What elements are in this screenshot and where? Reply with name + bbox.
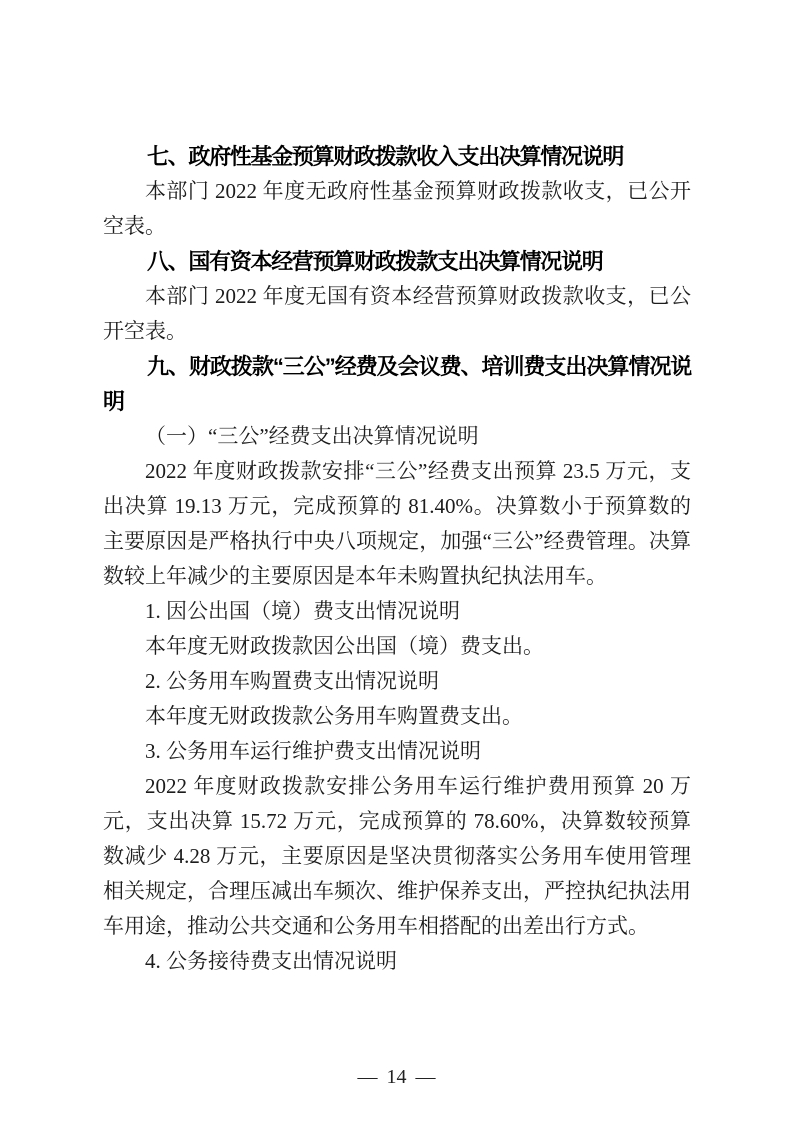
subheading-three-public-expense-summary: （一）“三公”经费支出决算情况说明 [103,419,691,454]
subheading-1-overseas-travel-fee: 1. 因公出国（境）费支出情况说明 [103,594,691,629]
subheading-4-official-reception-fee: 4. 公务接待费支出情况说明 [103,944,691,979]
footer-left-dash: — [358,1066,378,1088]
heading-section-seven-gov-fund-budget: 七、政府性基金预算财政拨款收入支出决算情况说明 [103,139,691,174]
heading-section-eight-state-capital-budget: 八、国有资本经营预算财政拨款支出决算情况说明 [103,244,691,279]
para-gov-fund-budget-statement: 本部门 2022 年度无政府性基金预算财政拨款收支，已公开空表。 [103,174,691,244]
para-vehicle-maintenance-fee: 2022 年度财政拨款安排公务用车运行维护费用预算 20 万元，支出决算 15.… [103,769,691,944]
page-footer: —14— [0,1063,793,1091]
subheading-3-vehicle-maintenance-fee: 3. 公务用车运行维护费支出情况说明 [103,734,691,769]
heading-section-nine-three-public-expenses: 九、财政拨款“三公”经费及会议费、培训费支出决算情况说明 [103,349,691,419]
footer-right-dash: — [416,1066,436,1088]
para-overseas-travel-fee: 本年度无财政拨款因公出国（境）费支出。 [103,629,691,664]
para-three-public-expense-summary: 2022 年度财政拨款安排“三公”经费支出预算 23.5 万元，支出决算 19.… [103,454,691,594]
para-vehicle-purchase-fee: 本年度无财政拨款公务用车购置费支出。 [103,699,691,734]
para-state-capital-budget-statement: 本部门 2022 年度无国有资本经营预算财政拨款收支，已公开空表。 [103,279,691,349]
page-number: 14 [387,1066,407,1088]
document-page: 七、政府性基金预算财政拨款收入支出决算情况说明 本部门 2022 年度无政府性基… [0,0,793,1122]
subheading-2-vehicle-purchase-fee: 2. 公务用车购置费支出情况说明 [103,664,691,699]
document-body: 七、政府性基金预算财政拨款收入支出决算情况说明 本部门 2022 年度无政府性基… [103,139,691,979]
